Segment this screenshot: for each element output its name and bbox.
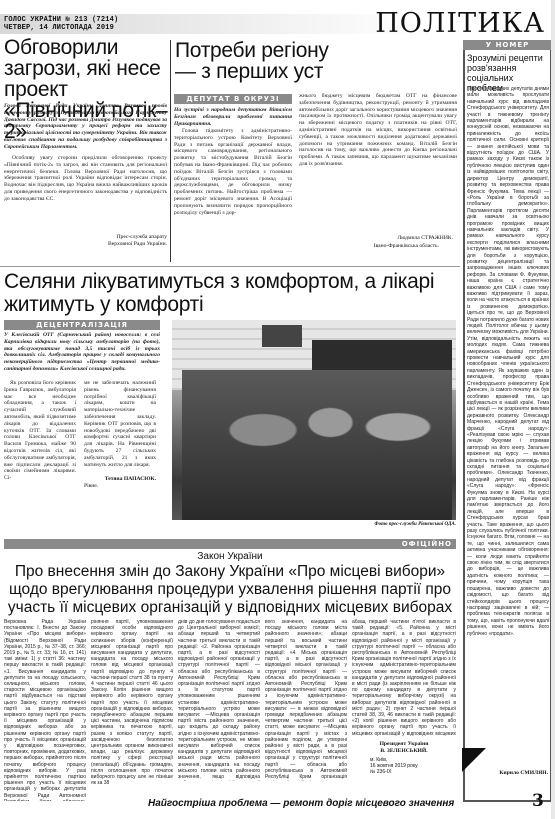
article3-body-col1: Як розповіла його керівник Ірина Гаврилю… <box>4 380 76 498</box>
article1-lead: Голова Верховної Ради України Дмитро Раз… <box>4 103 167 151</box>
article4-col4: вого значення, кандидата на посаду міськ… <box>265 619 347 781</box>
article2-body-col2: жнього бюджету місцевим бюджетам ОТГ на … <box>299 93 457 238</box>
footer-slogan: Найгостріша проблема — ремонт доріг місц… <box>148 798 454 809</box>
page-edge <box>551 0 555 819</box>
article3-photo <box>172 320 456 520</box>
sidebar-rubric: У НОМЕР <box>463 40 552 50</box>
article4-title: Про внесення змін до Закону України «Про… <box>4 563 456 617</box>
section-title: ПОЛІТИКА <box>375 8 545 39</box>
article3-body-col2: ме не забезпечать належний рівень фінанс… <box>84 380 156 475</box>
article2-rubric: ДЕПУТАТ В ОКРУЗІ <box>174 94 292 104</box>
article2-title: Потреби регіону — з перших уст <box>175 40 345 82</box>
article3-title: Селяни лікуватимуться з комфортом, а лік… <box>4 270 464 316</box>
article3-author: Тетяна ПАПАСЮК. <box>84 476 156 483</box>
article3-lead: У Клесівській ОТГ (Сарненський район) но… <box>4 332 160 374</box>
paper-issue: ГОЛОС УКРАЇНИ № 213 (7214) <box>4 16 118 24</box>
article4-col3: днів до дня голосування подається до Цен… <box>178 619 260 781</box>
photo-people-group <box>182 370 452 520</box>
article1-body: Особливу увагу сторони приділили обговор… <box>4 155 167 215</box>
article2-body-col1: Голова підкомітету з адміністративно-тер… <box>174 128 292 262</box>
paper-date: ЧЕТВЕР, 14 ЛИСТОПАДА 2019 <box>4 24 118 32</box>
article4-col2: ріняння партії, уповноваження посадової … <box>91 619 173 801</box>
paper-info: ГОЛОС УКРАЇНИ № 213 (7214) ЧЕТВЕР, 14 ЛИ… <box>4 16 118 32</box>
article2-author: Людмила СТРАЖНИК. <box>299 235 453 242</box>
article4-rubric: ОФІЦІЙНО <box>4 539 456 549</box>
article4-col1: Верховна Рада України постановляє: I. Вн… <box>4 619 86 801</box>
article1-signature: Прес-служба апарату Верховної Ради Украї… <box>4 234 167 248</box>
section-divider <box>0 266 460 267</box>
sidebar-corner-triangle <box>462 748 486 772</box>
article2-place: Івано-Франківська область. <box>299 243 439 250</box>
sidebar-author: Кирило СМИЛЯН. <box>470 770 548 777</box>
article4-kicker: Закон України <box>4 551 456 562</box>
page-number: 3 <box>532 791 544 811</box>
article3-rubric: ДЕЦЕНТРАЛІЗАЦІЯ <box>4 320 160 330</box>
photo-caption: Фото прес-служби Рівненської ОДА. <box>172 522 456 527</box>
article4-col5: абзац перший частини п'ятої викласти в т… <box>352 619 456 737</box>
article4-sign-details: м. Київ, 16 жовтня 2019 року № 236-IX <box>370 757 460 775</box>
article2-lead: На зустрічі з народним депутатом Віталіє… <box>174 107 292 127</box>
article3-place: Рівне. <box>84 483 104 490</box>
article4-sign-title: Президент України <box>352 741 456 748</box>
article4-sign-name: В. ЗЕЛЕНСЬКИЙ. <box>352 748 456 755</box>
column-divider <box>170 40 171 262</box>
photo-sign-plaque <box>262 325 302 347</box>
sidebar-body: Півсотні народних депутатів днями мали м… <box>467 86 549 748</box>
